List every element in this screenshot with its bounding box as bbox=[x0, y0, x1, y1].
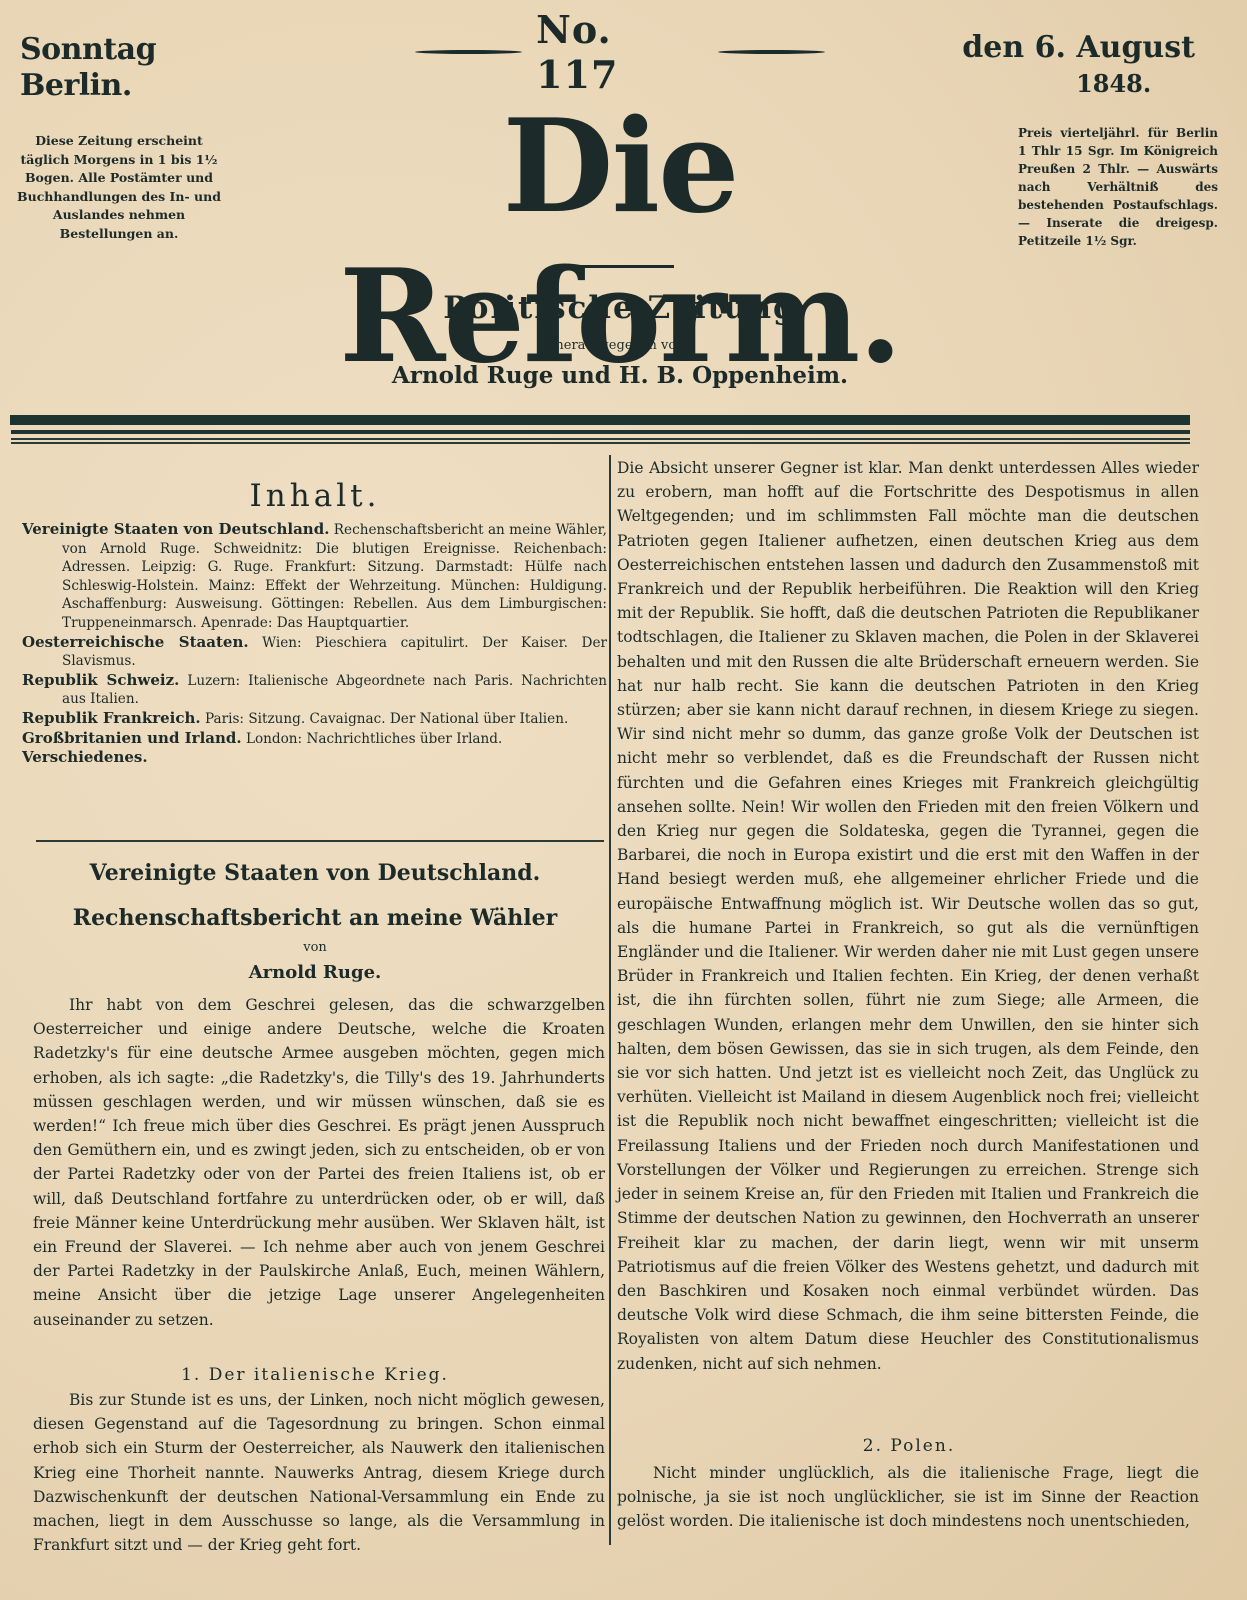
toc-entry-text: Rechenschaftsbericht an meine Wähler, vo… bbox=[62, 522, 607, 631]
toc-entry: Großbritanien und Irland. London: Nachri… bbox=[22, 729, 607, 749]
article-paragraph: Bis zur Stunde ist es uns, der Linken, n… bbox=[33, 1388, 605, 1557]
price-note: Preis vierteljährl. für Berlin 1 Thlr 15… bbox=[1018, 124, 1218, 250]
toc-entry-head: Vereinigte Staaten von Deutschland. bbox=[22, 520, 329, 538]
table-of-contents: Vereinigte Staaten von Deutschland. Rech… bbox=[22, 520, 607, 768]
contents-title: Inhalt. bbox=[20, 478, 610, 514]
contents-divider bbox=[36, 840, 604, 842]
toc-entry-head: Großbritanien und Irland. bbox=[22, 729, 242, 747]
masthead-day-city: Sonntag Berlin. bbox=[20, 32, 156, 104]
toc-entry: Oesterreichische Staaten. Wien: Pieschie… bbox=[22, 633, 607, 671]
toc-entry: Republik Frankreich. Paris: Sitzung. Cav… bbox=[22, 709, 607, 729]
toc-entry: Vereinigte Staaten von Deutschland. Rech… bbox=[22, 520, 607, 633]
title-divider bbox=[562, 265, 674, 268]
masthead-rule-mid bbox=[11, 430, 1190, 434]
publication-note: Diese Zeitung erscheint täglich Morgens … bbox=[14, 132, 224, 243]
masthead-day: Sonntag bbox=[20, 32, 156, 68]
issue-label: No. 117 bbox=[536, 7, 704, 97]
article-paragraph-continued: Die Absicht unserer Gegner ist klar. Man… bbox=[617, 456, 1199, 1376]
toc-entry-head: Verschiedenes. bbox=[22, 748, 148, 766]
issue-number: No. 117 bbox=[415, 26, 825, 78]
toc-entry: Verschiedenes. bbox=[22, 748, 607, 768]
publisher-label: herausgegeben von bbox=[300, 338, 940, 353]
toc-entry-text: Paris: Sitzung. Cavaignac. Der National … bbox=[205, 711, 568, 727]
ornament-rule-right bbox=[718, 50, 825, 54]
article-headline: Rechenschaftsbericht an meine Wähler bbox=[20, 905, 610, 931]
byline-label: von bbox=[20, 940, 610, 955]
toc-entry-head: Republik Frankreich. bbox=[22, 709, 201, 727]
ornament-rule-left bbox=[415, 50, 522, 54]
masthead-rule-thin bbox=[11, 442, 1190, 444]
masthead-date: den 6. August 1848. bbox=[962, 30, 1195, 102]
masthead-rule-thin bbox=[11, 438, 1190, 440]
article-paragraph: Nicht minder unglücklich, als die italie… bbox=[617, 1461, 1199, 1534]
article-author: Arnold Ruge. bbox=[20, 962, 610, 983]
subsection-heading-1: 1. Der italienische Krieg. bbox=[20, 1365, 610, 1385]
publishers: Arnold Ruge und H. B. Oppenheim. bbox=[300, 362, 940, 389]
toc-entry: Republik Schweiz. Luzern: Italienische A… bbox=[22, 671, 607, 709]
newspaper-subtitle: Politische Zeitung bbox=[300, 290, 940, 326]
article-intro-paragraph: Ihr habt von dem Geschrei gelesen, das d… bbox=[33, 993, 605, 1332]
subsection-heading-2: 2. Polen. bbox=[614, 1436, 1204, 1456]
date-text: den 6. August bbox=[962, 30, 1195, 65]
toc-entry-text: London: Nachrichtliches über Irland. bbox=[246, 731, 502, 747]
section-heading: Vereinigte Staaten von Deutschland. bbox=[20, 860, 610, 886]
masthead-city: Berlin. bbox=[20, 68, 156, 104]
masthead-rule-thick bbox=[10, 415, 1190, 425]
toc-entry-head: Oesterreichische Staaten. bbox=[22, 633, 249, 651]
toc-entry-head: Republik Schweiz. bbox=[22, 671, 179, 689]
date-year: 1848. bbox=[962, 66, 1195, 102]
